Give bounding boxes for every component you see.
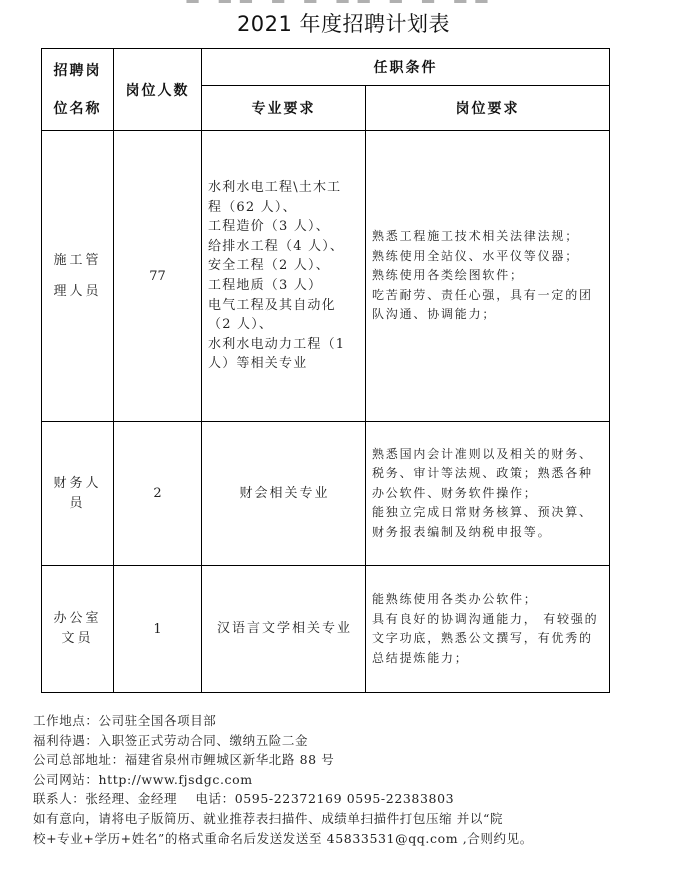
footer-info: 工作地点：公司驻全国各项目部 福利待遇：入职签正式劳动合同、缴纳五险二金 公司总…	[33, 711, 683, 848]
requirement-line: 队沟通、协调能力；	[372, 305, 605, 325]
requirement-line: 具有良好的协调沟通能力， 有较强的	[372, 610, 605, 630]
job-requirements-cell: 熟悉国内会计准则以及相关的财务、 税务、审计等法规、政策；熟悉各种 办公软件、财…	[366, 422, 610, 566]
table-row: 办公室 文员 1 汉语言文学相关专业 能熟练使用各类办公软件； 具有良好的协调沟…	[42, 566, 610, 693]
requirement-line: 熟练使用全站仪、水平仪等仪器；	[372, 247, 605, 267]
requirement-line: 吃苦耐劳、责任心强，具有一定的团	[372, 286, 605, 306]
major-line: 人）等相关专业	[208, 354, 361, 374]
requirement-line: 税务、审计等法规、政策；熟悉各种	[372, 464, 605, 484]
position-name: 办公室	[42, 609, 113, 629]
major-line: 水利水电动力工程（1	[208, 335, 361, 355]
major-requirements-cell: 水利水电工程\土木工 程（62 人）、 工程造价（3 人）、 给排水工程（4 人…	[202, 131, 366, 422]
header-requirements: 任职条件	[202, 49, 610, 86]
major-line: 给排水工程（4 人）、	[208, 237, 361, 257]
job-requirements-cell: 能熟练使用各类办公软件； 具有良好的协调沟通能力， 有较强的 文字功底，熟悉公文…	[366, 566, 610, 693]
position-name: 文员	[42, 629, 113, 649]
position-name-cell: 办公室 文员	[42, 566, 114, 693]
job-requirements-cell: 熟悉工程施工技术相关法律法规； 熟练使用全站仪、水平仪等仪器； 熟练使用各类绘图…	[366, 131, 610, 422]
position-name-cell: 施工管 理人员	[42, 131, 114, 422]
application-instructions-line2: 校+专业+学历+姓名”的格式重命名后发送发送至 45833531@qq.com …	[33, 829, 683, 849]
major-line: 水利水电工程\土木工	[208, 178, 361, 198]
major-line: 财会相关专业	[208, 484, 361, 504]
requirement-line: 财务报表编制及纳税申报等。	[372, 523, 605, 543]
headcount-cell: 1	[114, 566, 202, 693]
benefits: 福利待遇：入职签正式劳动合同、缴纳五险二金	[33, 731, 683, 751]
requirement-line: 熟悉工程施工技术相关法律法规；	[372, 227, 605, 247]
table-row: 施工管 理人员 77 水利水电工程\土木工 程（62 人）、 工程造价（3 人）…	[42, 131, 610, 422]
contact-info: 联系人：张经理、金经理 电话：0595-22372169 0595-223838…	[33, 789, 683, 809]
header-position-name-line1: 招聘岗	[42, 52, 113, 90]
major-line: 工程地质（3 人）	[208, 276, 361, 296]
requirement-line: 熟练使用各类绘图软件；	[372, 266, 605, 286]
header-position-name-line2: 位名称	[42, 90, 113, 128]
major-requirements-cell: 汉语言文学相关专业	[202, 566, 366, 693]
table-row: 财务人 员 2 财会相关专业 熟悉国内会计准则以及相关的财务、 税务、审计等法规…	[42, 422, 610, 566]
requirement-line: 文字功底，熟悉公文撰写，有优秀的	[372, 629, 605, 649]
requirement-line: 办公软件、财务软件操作；	[372, 484, 605, 504]
major-requirements-cell: 财会相关专业	[202, 422, 366, 566]
major-line: 汉语言文学相关专业	[208, 619, 361, 639]
recruitment-plan-table: 招聘岗 位名称 岗位人数 任职条件 专业要求 岗位要求 施工管 理人员 77 水…	[41, 48, 610, 693]
major-line: 工程造价（3 人）、	[208, 217, 361, 237]
header-job-requirements: 岗位要求	[366, 86, 610, 131]
document-title: 2021 年度招聘计划表	[0, 8, 687, 38]
major-line: 安全工程（2 人）、	[208, 256, 361, 276]
major-line: 电气工程及其自动化	[208, 296, 361, 316]
header-position-name: 招聘岗 位名称	[42, 49, 114, 131]
requirement-line: 熟悉国内会计准则以及相关的财务、	[372, 445, 605, 465]
header-headcount: 岗位人数	[114, 49, 202, 131]
cropped-heading-fragment: ▬ ▬▬ ▬ ▬ ▬▬ ▬ ▬ ▬▬	[140, 0, 540, 3]
position-name: 理人员	[42, 276, 113, 307]
headcount-cell: 77	[114, 131, 202, 422]
application-instructions-line1: 如有意向，请将电子版简历、就业推荐表扫描件、成绩单扫描件打包压缩 并以“院	[33, 809, 683, 829]
headcount-cell: 2	[114, 422, 202, 566]
hq-address: 公司总部地址：福建省泉州市鲤城区新华北路 88 号	[33, 750, 683, 770]
work-location: 工作地点：公司驻全国各项目部	[33, 711, 683, 731]
header-major-requirements: 专业要求	[202, 86, 366, 131]
position-name: 施工管	[42, 245, 113, 276]
requirement-line: 总结提炼能力；	[372, 649, 605, 669]
position-name: 财务人	[42, 474, 113, 494]
requirement-line: 能独立完成日常财务核算、预决算、	[372, 503, 605, 523]
major-line: （2 人）、	[208, 315, 361, 335]
major-line: 程（62 人）、	[208, 198, 361, 218]
position-name-cell: 财务人 员	[42, 422, 114, 566]
company-website: 公司网站：http://www.fjsdgc.com	[33, 770, 683, 790]
position-name: 员	[42, 494, 113, 514]
requirement-line: 能熟练使用各类办公软件；	[372, 590, 605, 610]
